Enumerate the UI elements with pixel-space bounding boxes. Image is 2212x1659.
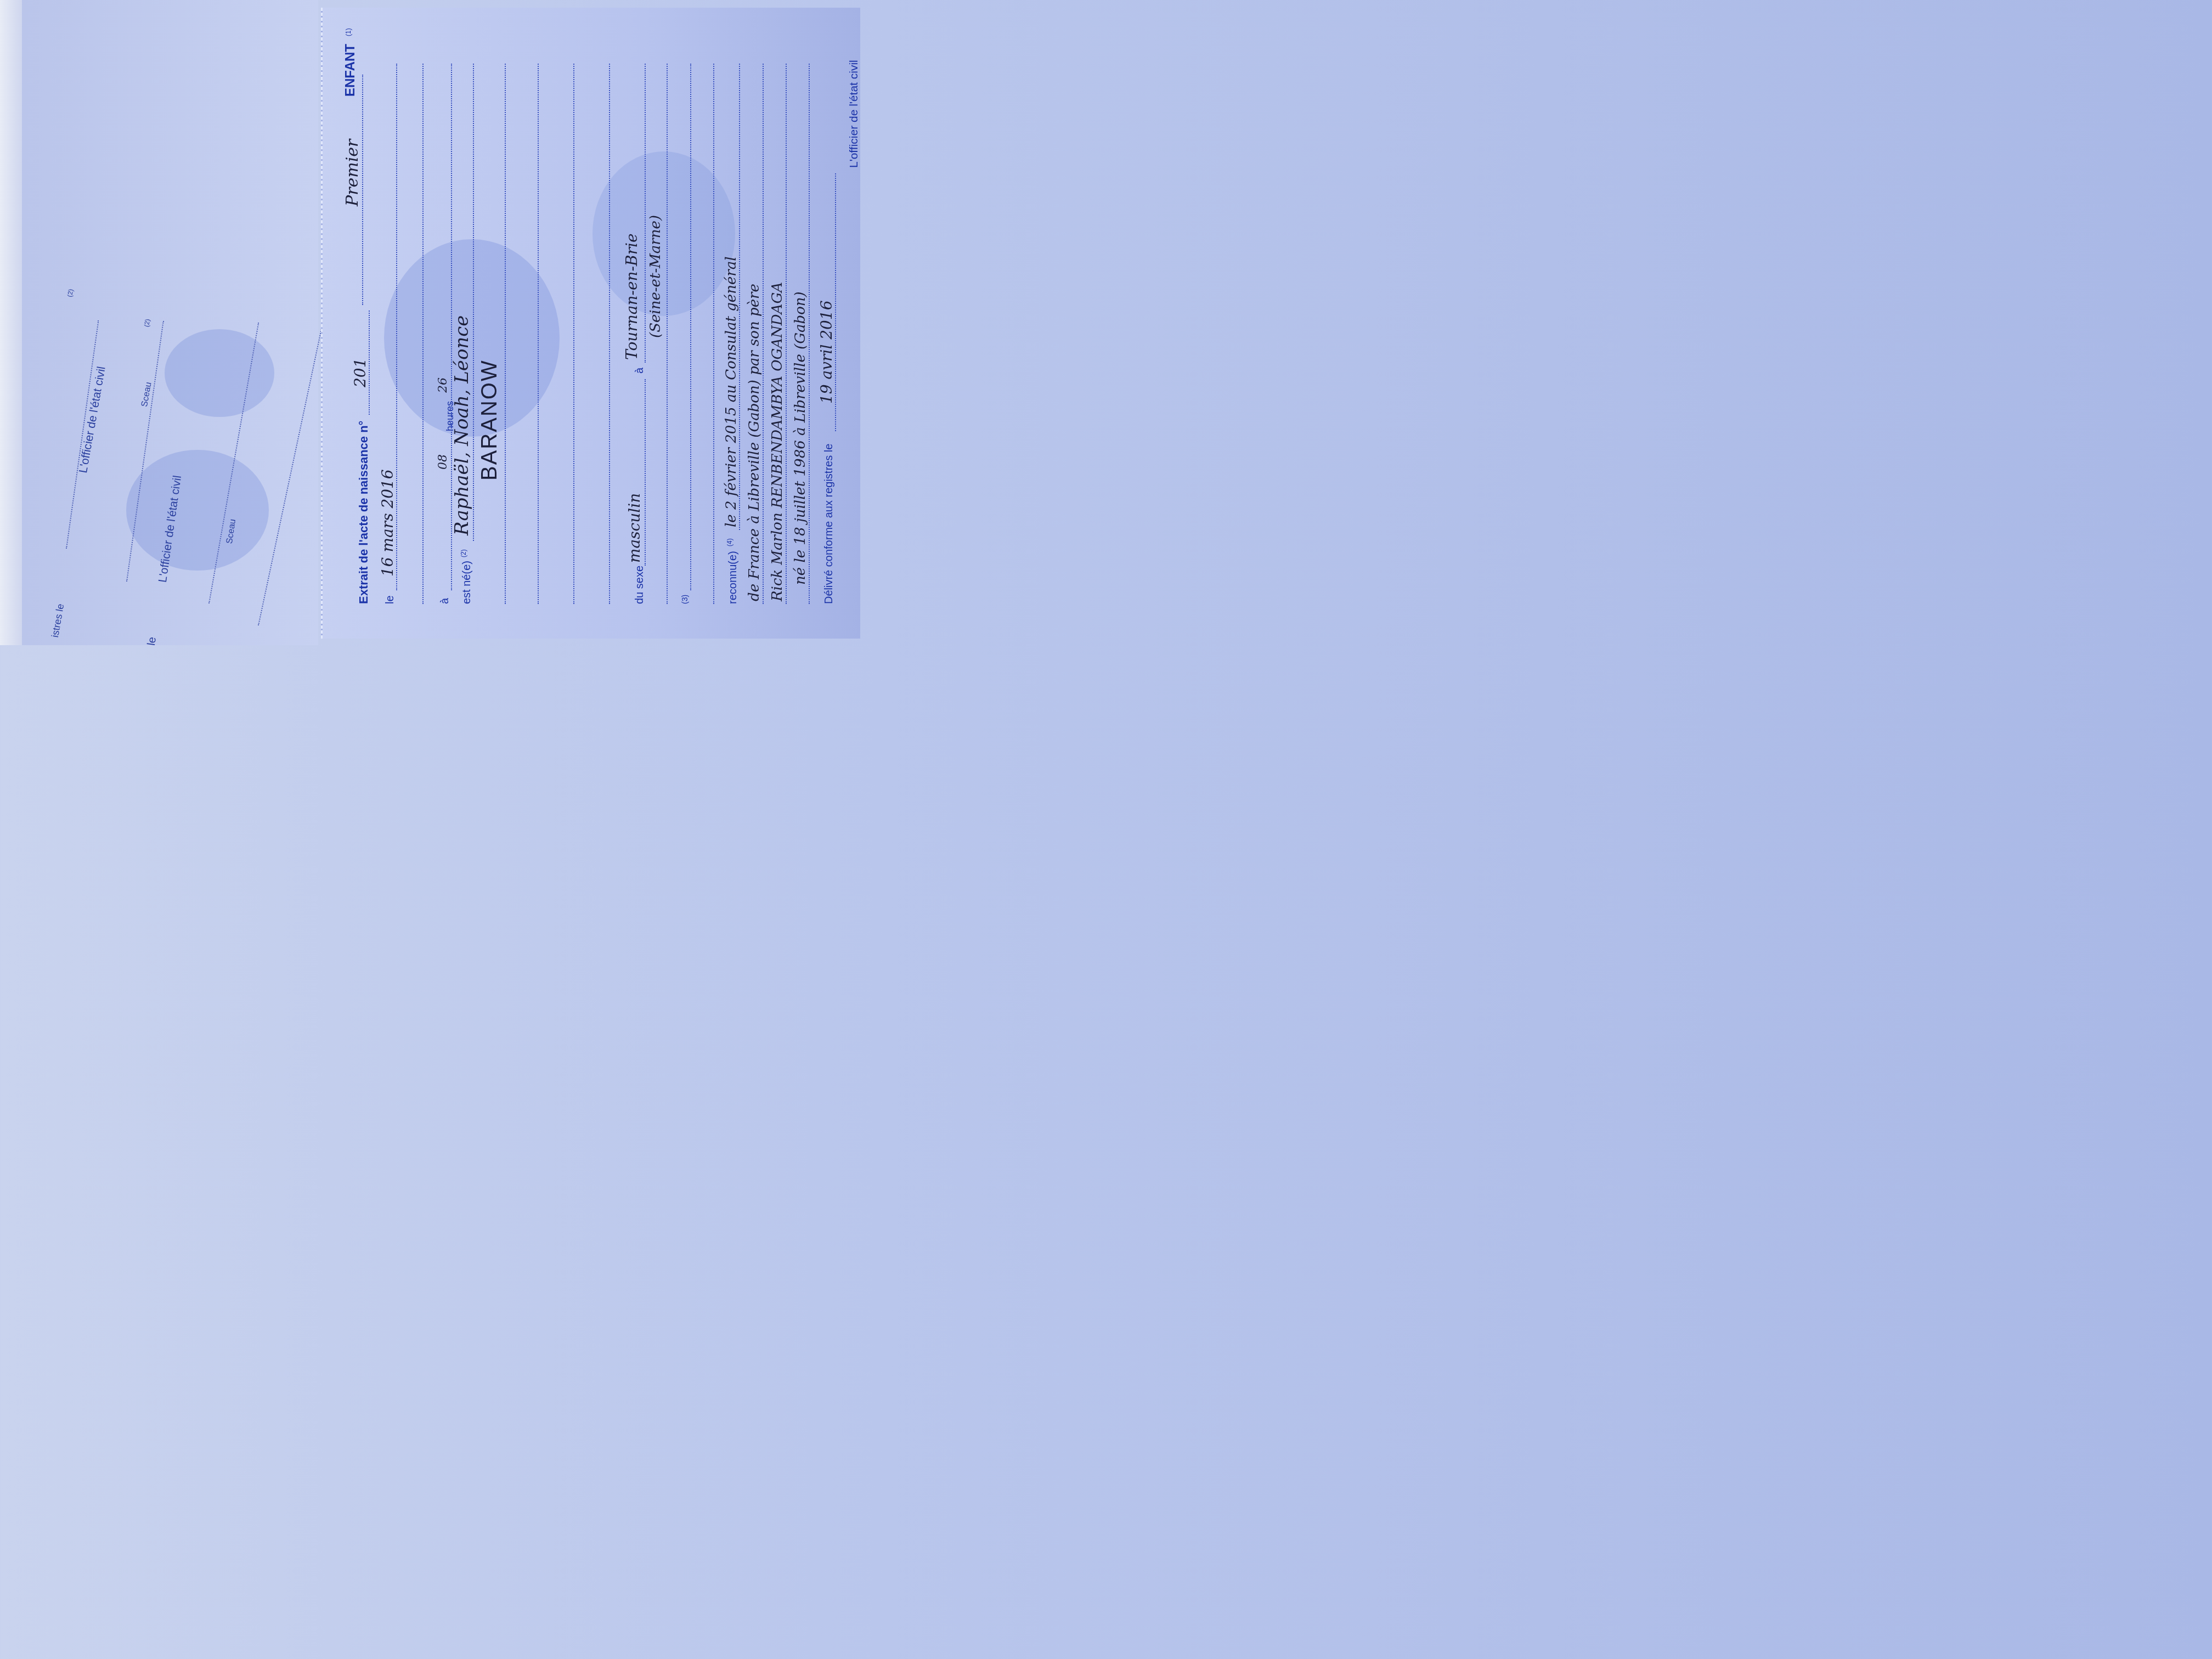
dotted-line <box>362 75 363 305</box>
birth-place-line2: (Seine-et-Marne) <box>647 215 664 338</box>
born-footnote: (2) <box>460 549 467 557</box>
dotted-line <box>505 64 506 604</box>
dotted-line <box>667 64 668 604</box>
rank-value: Premier <box>343 139 362 206</box>
hour-value: 08 <box>436 454 450 470</box>
main-page: Extrait de l'acte de naissance n° 201 Pr… <box>0 0 860 645</box>
surname: BARANOW <box>477 359 502 481</box>
rank-label: ENFANT <box>343 44 358 97</box>
dotted-line <box>538 64 539 604</box>
recognized-footnote: (4) <box>726 538 733 546</box>
first-names: Raphaël, Noah, Léonce <box>451 315 473 535</box>
recognition-line: né le 18 juillet 1986 à Libreville (Gabo… <box>792 291 809 585</box>
dotted-line <box>786 64 787 604</box>
dotted-line <box>645 64 646 363</box>
sex-label: du sexe <box>634 566 646 604</box>
recognized-label: reconnu(e) <box>727 551 740 604</box>
act-number: 201 <box>351 358 369 387</box>
note3-label: (3) <box>680 595 689 604</box>
birth-extract-title: Extrait de l'acte de naissance n° <box>357 421 371 604</box>
dotted-line <box>573 64 574 604</box>
dotted-line <box>422 64 424 604</box>
date-label: le <box>384 595 397 604</box>
dotted-line <box>645 379 646 566</box>
recognition-line: le 2 février 2015 au Consulat général <box>723 256 740 527</box>
dotted-line <box>473 64 474 541</box>
delivered-date: 19 avril 2016 <box>817 301 836 404</box>
dotted-line <box>809 64 810 604</box>
place-label: à <box>439 598 452 604</box>
minute-value: 26 <box>436 377 450 393</box>
dotted-line <box>763 64 764 604</box>
recognition-line: Rick Marlon RENBENDAMBYA OGANDAGA <box>769 282 786 601</box>
birth-place-prefix: à <box>634 368 646 374</box>
dotted-line <box>690 64 691 590</box>
dotted-line <box>609 64 610 604</box>
photo-stage: L'officier de l'état civil Sceau (2) L'o… <box>0 0 860 645</box>
born-label: est né(e) <box>461 561 473 604</box>
plastic-cover-edge <box>0 0 22 645</box>
date-value: 16 mars 2016 <box>379 469 397 577</box>
rank-footnote: (1) <box>345 28 352 36</box>
dotted-line <box>713 64 714 604</box>
recognition-line: de France à Libreville (Gabon) par son p… <box>746 284 763 601</box>
sex-value: masculin <box>625 493 644 563</box>
delivered-label: Délivré conforme aux registres le <box>823 444 836 604</box>
birth-place-line1: Tournan-en-Brie <box>623 233 641 360</box>
